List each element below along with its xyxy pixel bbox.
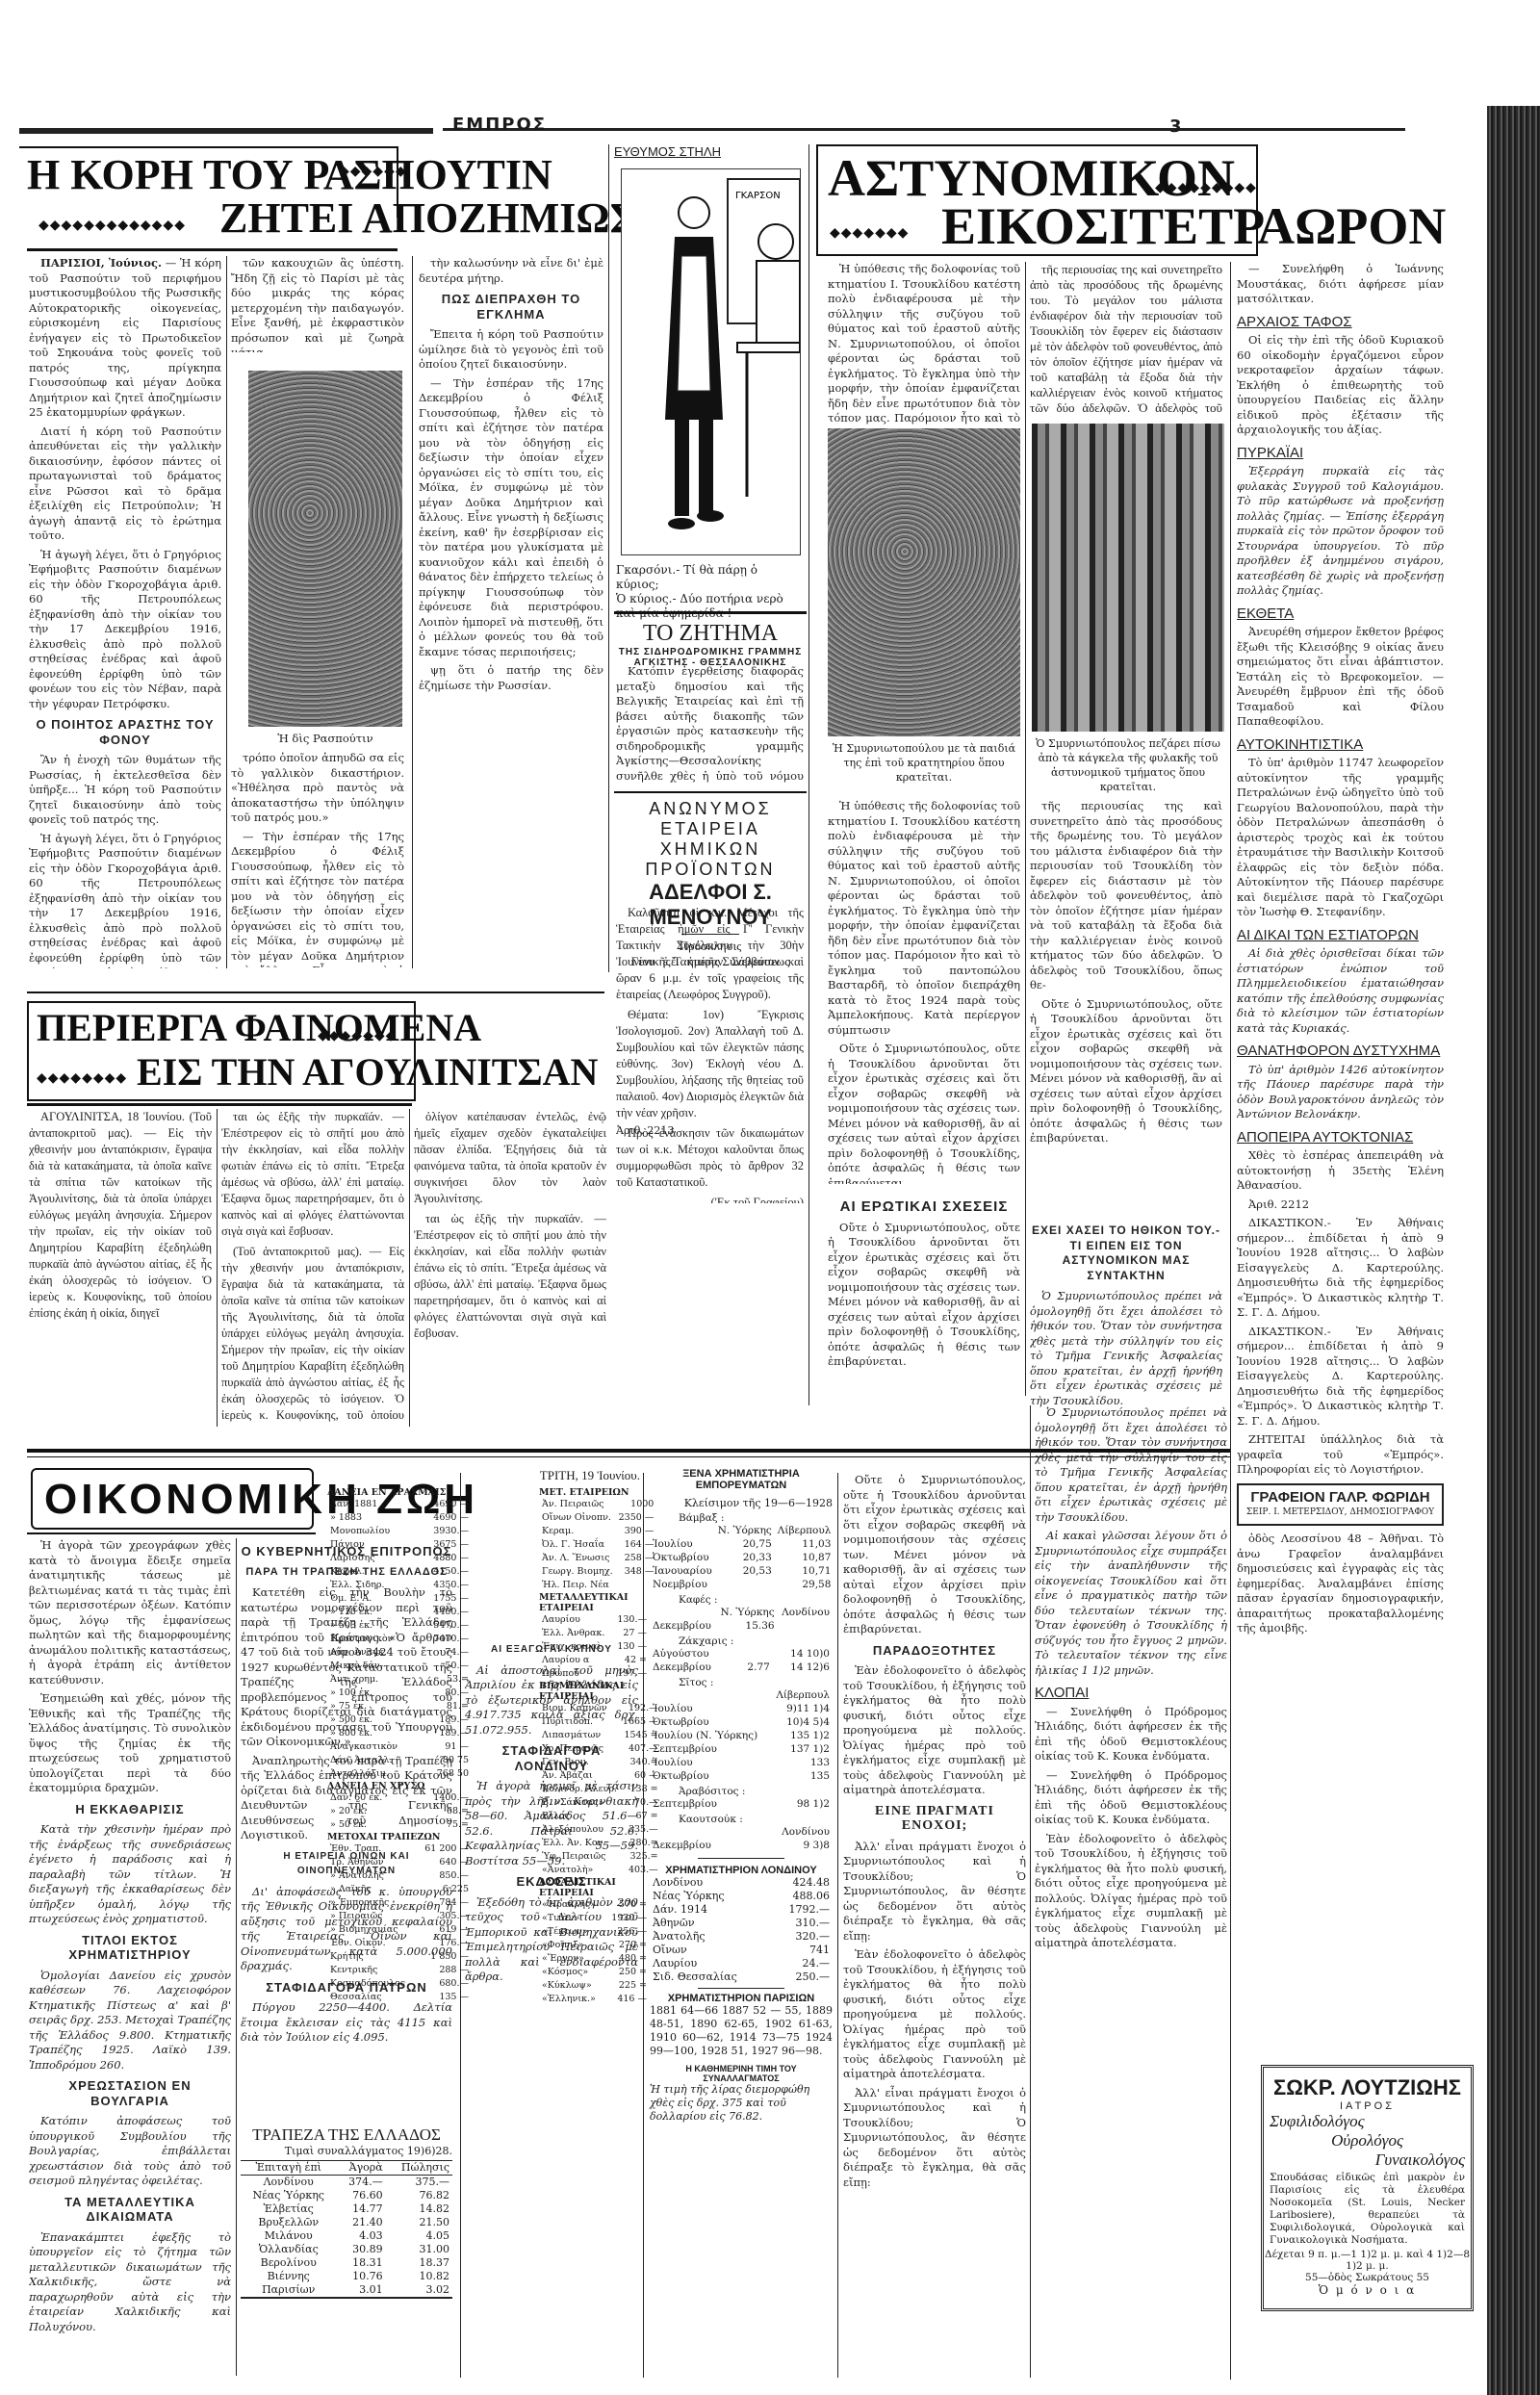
table-row: » Ἐμπορικῆς784 — — [327, 1896, 472, 1910]
table-title: ΜΕΤΑΛΛΕΥΤΙΚΑΙ ΕΤΑΙΡΕΙΑΙ — [539, 1592, 654, 1613]
subheading: ΠΩΣ ΔΙΕΠΡΑΧΘΗ ΤΟ ΕΓΚΛΗΜΑ — [419, 292, 603, 322]
rasputin-headline-2: ΖΗΤΕΙ ΑΠΟΖΗΜΙΩΣΙΝ — [219, 197, 684, 240]
commodity-table: Σεπτεμβρίου98 1)2 — [650, 1797, 833, 1811]
table-subtitle: Τιμαὶ συναλλάγματος 19)6)28. — [241, 2145, 452, 2157]
bourse-shares-block: ΜΕΤ. ΕΤΑΙΡΕΙΩΝ Ἀν. Πειραιῶς1000Οἴνων Οἰν… — [539, 1487, 654, 2006]
briefs-column: — Συνελήφθη ὁ Ἰωάννης Μουστάκας, διότι ἀ… — [1237, 262, 1444, 2380]
paragraph: — Τὴν ἑσπέραν τῆς 17ης Δεκεμβρίου ὁ Φέλι… — [419, 376, 603, 660]
commodity-table: Αὐγούστου14 10)0Δεκεμβρίου2.7714 12)6 — [650, 1647, 833, 1674]
reference-number: Ἀριθ. 2212 — [1237, 1197, 1444, 1213]
table-title: ΞΕΝΑ ΧΡΗΜΑΤΙΣΤΗΡΙΑ ΕΜΠΟΡΕΥΜΑΤΩΝ — [650, 1468, 833, 1491]
table-row: Σεπτεμβρίου98 1)2 — [650, 1797, 833, 1811]
bourse-date: ΤΡΙΤΗ, 19 Ἰουνίου. — [467, 1468, 640, 1483]
table-row: Δεκεμβρίου2.7714 12)6 — [650, 1661, 833, 1674]
table-row: Μικρὸ δάν.50.— — [327, 1660, 472, 1673]
table-row: Κρήτης1 850 — — [327, 1950, 472, 1964]
masthead-rule-left — [19, 128, 433, 134]
table-header: Ἐπιταγὴ ἐπὶἈγορὰΠώλησις — [241, 2161, 452, 2176]
exchange-rate-table: Ἐπιταγὴ ἐπὶἈγορὰΠώλησιςΛονδίνου374.—375.… — [241, 2160, 452, 2299]
paragraph: Ἐπανακάμπτει ἐφεξῆς τὸ ὑπουργεῖον εἰς τὸ… — [29, 2230, 231, 2335]
paragraph: Ἡ ἀγωγὴ λέγει, ὅτι ὁ Γρηγόριος Ἐφήμοβιτς… — [29, 548, 221, 712]
masthead: ΕΜΠΡΟΣ 3 — [0, 120, 1415, 134]
paragraph: ται ὡς ἑξῆς τὴν πυρκαϊάν. — Ἐπέστρεφον ε… — [414, 1211, 606, 1342]
subheading: ΕΧΕΙ ΧΑΣΕΙ ΤΟ ΗΘΙΚΟΝ ΤΟΥ.-ΤΙ ΕΙΠΕΝ ΕΙΣ Τ… — [1030, 1223, 1222, 1283]
doctor-description: Σπουδάσας εἰδικῶς ἐπὶ μακρὸν ἐν Παρισίοι… — [1264, 2170, 1471, 2249]
section-title: ΠΥΡΚΑΪΑΙ — [1237, 446, 1444, 461]
paragraph: Ἡ ὑπόθεσις τῆς δολοφονίας τοῦ κτηματίου … — [828, 262, 1020, 425]
table-row: Ὠρωποῦ197.— — [539, 1667, 650, 1681]
foreign-loans-table: Δάν. 60 ἐκ.1400.—» 20 ἐκ.68.=» 50 ἐκ.75.… — [327, 1791, 472, 1832]
table-row: Ἀθηνῶν310.— — [650, 1917, 833, 1930]
paragraph: Ἀνευρέθη σήμερον ἔκθετον βρέφος ἔξωθι τῆ… — [1237, 625, 1444, 730]
loans-table: Δάν. 18814690 —» 18834690 —Μονοπωλίου393… — [327, 1498, 472, 1781]
paragraph: τῆς περιουσίας της καὶ συνετηρεῖτο ἀπὸ τ… — [1030, 799, 1222, 993]
table-row: Ἑλβετίας14.7714.82 — [241, 2202, 452, 2216]
paragraph: Οὔτε ὁ Σμυρνιωτόπουλος, οὔτε ἡ Τσουκλίδο… — [828, 1042, 1020, 1184]
table-row: Ὀκτωβρίου10)4 5)4 — [650, 1715, 833, 1729]
paragraph: τῶν κακουχιῶν ἃς ὑπέστη. Ἤδη ζῇ εἰς τὸ Π… — [231, 256, 404, 352]
economy-column-1: Ἡ ἀγορὰ τῶν χρεογράφων χθὲς κατὰ τὸ ἄνοι… — [29, 1538, 231, 2376]
aghoulinitsa-headline-1: ΠΕΡΙΕΡΓΑ ΦΑΙΝΟΜΕΝΑ — [37, 1009, 481, 1047]
paragraph: Τὸ ὑπ' ἀριθμὸν 1426 αὐτοκίνητον τῆς Πάου… — [1237, 1063, 1444, 1122]
office-name: ΓΡΑΦΕΙΟΝ ΓΑΛΡ. ΦΩΡΙΔΗ — [1243, 1489, 1438, 1506]
table-row: Λαρίσσης4880 — — [327, 1552, 472, 1565]
table-row: Τρ. Ἀθηνῶν640 — — [327, 1856, 472, 1869]
table-row: Ἐθν. Τραπ.61 200 — — [327, 1842, 472, 1856]
paragraph: τῆς περιουσίας της καὶ συνετηρεῖτο ἀπὸ τ… — [1030, 262, 1222, 416]
aghoulinitsa-headline-2: ΕΙΣ ΤΗΝ ΑΓΟΥΛΙΝΙΤΣΑΝ — [137, 1053, 598, 1092]
article-subtitle: ΤΗΣ ΣΙΔΗΡΟΔΡΟΜΙΚΗΣ ΓΡΑΜΜΗΣ — [614, 647, 807, 657]
table-row: » 50 ἐκ.75.= — [327, 1818, 472, 1832]
table-row: Μονοπωλίου3930.— — [327, 1525, 472, 1538]
table-title: ΜΕΤΟΧΑΙ ΤΡΑΠΕΖΩΝ — [327, 1832, 472, 1842]
commodity-table: ΛονδίνουΔεκεμβρίου9 3)8 — [650, 1825, 833, 1852]
table-row: Λαυρίου24.— — [650, 1957, 833, 1970]
article-title: ΤΟ ΖΗΤΗΜΑ — [614, 621, 807, 647]
commodity-table: Ν. ὙόρκηςΛίβερπουλἸουλίου20,7511,03Ὀκτωβ… — [650, 1524, 834, 1591]
table-row: Δεκεμβρίου9 3)8 — [650, 1839, 833, 1852]
ornament: ◆◆◆◆◆◆◆ — [830, 225, 909, 241]
office-subtitle: ΣΕΙΡ. Ι. ΜΕΤΕΡΣΙΔΟΥ, ΔΗΜΟΣΙΟΓΡΑΦΟΥ — [1243, 1506, 1438, 1521]
divider — [27, 1532, 316, 1534]
table-row: » 75 ἐκ.81.= — [327, 1700, 472, 1713]
table-row: Ἑλλ. Ἀνθρακ.27 — — [539, 1627, 650, 1640]
paragraph: — Τὴν ἑσπέραν τῆς 17ης Δεκεμβρίου ὁ Φέλι… — [231, 830, 404, 968]
table-row: Ὁλλανδίας30.8931.00 — [241, 2243, 452, 2256]
table-row: «Ἡρακλῆς»570 = — [539, 1898, 650, 1912]
paragraph: Ἡ τιμὴ τῆς λίρας διεμορφώθη χθὲς εἰς δρχ… — [650, 2083, 833, 2124]
section-title: ΑΙ ΔΙΚΑΙ ΤΩΝ ΕΣΤΙΑΤΟΡΩΝ — [1237, 928, 1444, 943]
table-row: » 18834690 — — [327, 1511, 472, 1525]
table-title: Η ΚΑΘΗΜΕΡΙΝΗ ΤΙΜΗ ΤΟΥ ΣΥΝΑΛΛΑΓΜΑΤΟΣ — [650, 2064, 833, 2083]
subheading: ΕΙΝΕ ΠΡΑΓΜΑΤΙ ΕΝΟΧΟΙ; — [843, 1804, 1026, 1834]
paragraph: Ἔπειτα ἡ κόρη τοῦ Ρασπούτιν ὡμίλησε διὰ … — [419, 327, 603, 373]
signature: ('Εκ τοῦ Γραφείου) — [616, 1195, 804, 1203]
location: Ὁ μ ό ν ο ι α — [1264, 2283, 1471, 2297]
column-rule — [643, 1473, 644, 2378]
paragraph: Θέματα: 1ον) Ἔγκρισις Ἰσολογισμοῦ. 2ον) … — [616, 1007, 804, 1121]
table-row: Ἀν. Λ. Ἕνωσις258 — — [539, 1552, 656, 1565]
commodity-table: Ν. ὙόρκηςΛονδίνουΔεκεμβρίου15.36 — [650, 1606, 833, 1633]
paragraph: Διατί ἡ κόρη τοῦ Ρασπούτιν ἀπευθύνεται ε… — [29, 425, 221, 544]
subheading: Ο ΠΟΙΗΤΟΣ ΑΡΑΣΤΗΣ ΤΟΥ ΦΟΝΟΥ — [29, 717, 221, 747]
aghoulinitsa-headline-box: ΠΕΡΙΕΡΓΑ ΦΑΙΝΟΜΕΝΑ ◆◆◆◆◆◆◆ ◆◆◆◆◆◆◆◆ ΕΙΣ … — [27, 1001, 416, 1101]
cartoon-drawing: ΓΚΑΡΣΟΝ — [621, 168, 801, 555]
table-row: Βρυξελλῶν21.4021.50 — [241, 2216, 452, 2229]
table-row: Καφαλ.4150.— — [327, 1565, 472, 1579]
paragraph: Ἡ ἀγωγὴ λέγει, ὅτι ὁ Γρηγόριος Ἐφήμοβιτς… — [29, 832, 221, 969]
ornament: ◆◆◆◆◆◆ — [339, 164, 407, 179]
police-bottom-column-1: Οὔτε ὁ Σμυρνιωτόπουλος, οὔτε ἡ Τσουκλίδο… — [843, 1473, 1026, 2378]
rasputin-headline-1: Η ΚΟΡΗ ΤΟΥ ΡΑΣΠΟΥΤΙΝ — [27, 154, 552, 196]
table-row: Νέας Ὑόρκης488.06 — [650, 1890, 833, 1903]
table-row: Νοεμβρίου29,58 — [650, 1578, 834, 1591]
banks-table: Ἐθν. Τραπ.61 200 —Τρ. Ἀθηνῶν640 —» Ἀνατο… — [327, 1842, 472, 2004]
table-row: » 500 ἐκ.189.— — [327, 1713, 472, 1727]
table-row: «Τιτὰν»1930 — — [539, 1912, 650, 1925]
police-column-2-cont: τῆς περιουσίας της καὶ συνετηρεῖτο ἀπὸ τ… — [1030, 799, 1222, 1203]
subheading: ΧΡΕΩΣΤΑΣΙΟΝ ΕΝ ΒΟΥΛΓΑΡΙΑ — [29, 2078, 231, 2108]
column-rule — [1030, 1405, 1031, 2378]
police-headline-1: ΑΣΤΥΝΟΜΙΚΟΝ — [828, 152, 1235, 204]
paragraph: — Συνελήφθη ὁ Πρόδρομος Ἠλιάδης, διότι ἀ… — [1035, 1705, 1227, 1764]
london-exchange-table: Λονδίνου424.48Νέας Ὑόρκης488.06Δάν. 1914… — [650, 1876, 833, 1984]
table-row: Ἀνταλλάξιμ.768 50 — [327, 1767, 472, 1781]
company-notice-body: Καλοῦνται οἱ κ.κ. Μέτοχοι τῆς Ἑταιρείας … — [616, 905, 804, 1203]
divider — [27, 991, 604, 993]
table-row: «Ἑλληνικ.»416 — — [539, 1993, 650, 2006]
section-title: ΑΠΟΠΕΙΡΑ ΑΥΤΟΚΤΟΝΙΑΣ — [1237, 1130, 1444, 1146]
paragraph: ὁδὸς Λεοσσίνου 48 – Ἀθῆναι. Τὸ ἀνω Γραφε… — [1237, 1532, 1444, 1636]
table-row: Ὁμ. Ε. Ἀ.1755 — — [327, 1592, 472, 1606]
table-row: Βερολίνου18.3118.37 — [241, 2256, 452, 2270]
paragraph: Αἱ κακαὶ γλῶσσαι λέγουν ὅτι ὁ Σμυρνιωτόπ… — [1035, 1529, 1227, 1678]
caption-line: Γκαρσόνι.- Τί θὰ πάρῃ ὁ κύριος; — [616, 563, 799, 592]
paragraph: Ἡ ἀγορὰ τῶν χρεογράφων χθὲς κατὰ τὸ ἄνοι… — [29, 1538, 231, 1687]
paragraph: Ὁ Σμυρνιωτόπουλος πρέπει νὰ ὁμολογηθῇ ὅτ… — [1030, 1289, 1222, 1408]
table-row: Ἀνατολῆς320.— — [650, 1930, 833, 1944]
table-row: Λονδίνου424.48 — [650, 1876, 833, 1890]
table-row: Κοσμαδόπουλος680.— — [327, 1977, 472, 1991]
table-row: Γεωργ. Βιομηχ.348.— — [539, 1565, 656, 1579]
waiter-cartoon-icon: ΓΚΑΡΣΟΝ — [622, 169, 800, 554]
table-row: Σιδ. Θεσσαλίας250.— — [650, 1970, 833, 1984]
sign-text: ΓΚΑΡΣΟΝ — [735, 191, 781, 201]
table-row: Βιέννης10.7610.82 — [241, 2270, 452, 2283]
paragraph: Ἐξερράγη πυρκαϊὰ εἰς τὰς φυλακὰς Συγγροῦ… — [1237, 464, 1444, 599]
table-row: Σεπτεμβρίου137 1)2 — [650, 1742, 833, 1756]
railway-body: Κατόπιν ἐγερθείσης διαφορᾶς μεταξὺ δημοσ… — [616, 664, 804, 785]
photo-caption: Ὁ Σμυρνιωτόπουλος πεζάρει πίσω ἀπὸ τὰ κά… — [1032, 736, 1224, 794]
insurance-table: «Ἡρακλῆς»570 =«Τιτὰν»1930 —«Τέκτων»256.—… — [539, 1898, 650, 2006]
paragraph: Ἐσημειώθη καὶ χθές, μόνον τῆς Ἐθνικῆς κα… — [29, 1691, 231, 1796]
photo-caption: Ἡ δὶς Ρασπούτιν — [248, 732, 402, 746]
column-rule — [1025, 799, 1026, 1396]
paragraph: Αἱ διὰ χθὲς ὁρισθεῖσαι δίκαι τῶν ἑστιατό… — [1237, 946, 1444, 1036]
paragraph: Οὔτε ὁ Σμυρνιωτόπουλος, οὔτε ἡ Τσουκλίδο… — [828, 1221, 1020, 1370]
aghoulinitsa-column-1: ΑΓΟΥΛΙΝΙΤΣΑ, 18 Ἰουνίου. (Τοῦ ἀνταποκριτ… — [29, 1109, 212, 1427]
table-row: Θεσσαλίας135 — — [327, 1991, 472, 2004]
paragraph: Ἐὰν ἐδολοφονεῖτο ὁ ἀδελφὸς τοῦ Τσουκλίδο… — [843, 1947, 1026, 2082]
table-row: Παρισίων3.013.02 — [241, 2283, 452, 2298]
section-title: ΚΛΟΠΑΙ — [1035, 1686, 1227, 1701]
table-row: Ἰουλίου9)11 1)4 — [650, 1702, 833, 1715]
paragraph: Ἀλλ' εἶναι πράγματι ἔνοχοι ὁ Σμυρνιωτόπο… — [843, 1840, 1026, 1944]
table-row: Λαυρίου130.— — [539, 1613, 650, 1627]
subheading: ΠΑΡΑΔΟΞΟΤΗΤΕΣ — [843, 1643, 1026, 1659]
paris-exchange-quotes: 1881 64—66 1887 52 — 55, 1889 48-51, 189… — [650, 2004, 833, 2058]
railway-article: ΤΟ ΖΗΤΗΜΑ ΤΗΣ ΣΙΔΗΡΟΔΡΟΜΙΚΗΣ ΓΡΑΜΜΗΣ ΑΓΚ… — [614, 621, 807, 668]
table-row: Δάν. Ἀνταλλ.80 75 — [327, 1754, 472, 1767]
paragraph: τὴν καλωσύνην νὰ εἶνε δι' ἐμὲ δευτέρα μή… — [419, 256, 603, 286]
table-row: «Ἔργον»480 = — [539, 1952, 650, 1966]
reference-number: Ἀριθ. 2213 — [616, 1124, 674, 1137]
table-row: Δάν. 18814690 — — [327, 1498, 472, 1511]
table-row: Ἰουλίου20,7511,03 — [650, 1537, 834, 1551]
table-row: Λαυρίου α42 = — [539, 1654, 650, 1667]
company-name: ΧΗΜΙΚΩΝ ΠΡΟΪΟΝΤΩΝ — [614, 839, 807, 880]
column-rule — [412, 256, 413, 968]
company-name: ΑΝΩΝΥΜΟΣ ΕΤΑΙΡΕΙΑ — [614, 799, 807, 839]
subheading: ΑΙ ΕΡΩΤΙΚΑΙ ΣΧΕΣΕΙΣ — [828, 1199, 1020, 1215]
column-rule — [1230, 262, 1231, 2380]
table-row: Κεντρικῆς288 — — [327, 1964, 472, 1977]
table-row: Λονδίνου374.—375.— — [241, 2176, 452, 2190]
ornament: ◆◆◆◆◆◆◆◆ — [37, 1070, 127, 1086]
dateline: ΠΑΡΙΣΙΟΙ, Ἰούνιος. — [40, 256, 162, 270]
table-row: Ἑλλ. Σιδηρ.4350.— — [327, 1579, 472, 1592]
love-relations-section: ΑΙ ΕΡΩΤΙΚΑΙ ΣΧΕΣΕΙΣ Οὔτε ὁ Σμυρνιωτόπουλ… — [828, 1194, 1020, 1410]
paragraph: Χθὲς τὸ ἑσπέρας ἀπεπειράθη νὰ αὐτοκτονήσ… — [1237, 1148, 1444, 1194]
ornament: ◆◆◆◆◆◆◆◆◆ — [1155, 180, 1257, 195]
table-row: «Κύκλωψ»225 = — [539, 1979, 650, 1993]
paragraph: Ἡ ὑπόθεσις τῆς δολοφονίας τοῦ κτηματίου … — [828, 799, 1020, 1038]
section-title: ΕΚΘΕΤΑ — [1237, 606, 1444, 622]
paragraph: ψῃ ὅτι ὁ πατήρ της δὲν ἐζημίωσε τὴν Ρωσσ… — [419, 663, 603, 693]
paragraph: ὀλίγον κατέπαυσαν ἐντελῶς, ἐνῷ ἡμεῖς εἴχ… — [414, 1109, 606, 1207]
paragraph: ται ὡς ἑξῆς τὴν πυρκαϊάν. — Ἐπέστρεφον ε… — [221, 1109, 404, 1240]
section-title: ΑΥΤΟΚΙΝΗΤΙΣΤΙΚΑ — [1237, 737, 1444, 753]
table-row: Δάν. 19141792.— — [650, 1903, 833, 1917]
column-rule — [808, 144, 809, 1405]
doctor-title: ΙΑΤΡΟΣ — [1264, 2100, 1471, 2112]
table-row: Ἰουλίου (Ν. Ὑόρκης)135 1)2 — [650, 1729, 833, 1742]
paragraph: ΔΙΚΑΣΤΙΚΟΝ.- Ἐν Ἀθήναις σήμερον... ἐπιδί… — [1237, 1216, 1444, 1321]
paragraph: — Ἡ κόρη τοῦ Ρασπούτιν τοῦ περιφήμου μυσ… — [29, 256, 221, 419]
paragraph: Κατόπιν ἐγερθείσης διαφορᾶς μεταξὺ δημοσ… — [616, 664, 804, 785]
table-title: ΧΡΗΜΑΤΙΣΤΗΡΙΟΝ ΠΑΡΙΣΙΩΝ — [650, 1993, 833, 2004]
commodity-name: Καφές : — [650, 1594, 833, 1606]
doctor-ad: ΣΩΚΡ. ΛΟΥΤΖΙΩΗΣ ΙΑΤΡΟΣ Συφιλιδολόγος Οὐρ… — [1261, 2065, 1474, 2311]
table-title: ΑΣΦΑΛΙΣΤΙΚΑΙ ΕΤΑΙΡΕΙΑΙ — [539, 1877, 654, 1898]
table-title: ΔΑΝΕΙΑ ΕΝ ΔΡΑΧΜΑΙΣ — [327, 1487, 472, 1498]
paragraph: — Συνελήφθη ὁ Πρόδρομος Ἠλιάδης, διότι ἀ… — [1035, 1768, 1227, 1828]
foreign-markets: ΞΕΝΑ ΧΡΗΜΑΤΙΣΤΗΡΙΑ ΕΜΠΟΡΕΥΜΑΤΩΝ Κλείσιμο… — [650, 1468, 833, 2124]
table-row: » Πειραιῶς305.— — [327, 1910, 472, 1923]
commodity-name: Ἀραβόσιτος : — [650, 1786, 833, 1797]
paragraph: Κατόπιν ἀποφάσεως τοῦ ὑπουργικοῦ Συμβουλ… — [29, 2114, 231, 2189]
subheading: ΤΑ ΜΕΤΑΛΛΕΥΤΙΚΑ ΔΙΚΑΙΩΜΑΤΑ — [29, 2195, 231, 2225]
divider — [27, 248, 398, 251]
divider — [614, 611, 807, 614]
table-row: Πάγιον3675 — — [327, 1538, 472, 1552]
column-rule — [1025, 262, 1026, 801]
scan-edge — [1487, 106, 1540, 2395]
table-row: Ἰουλίου133 — [650, 1756, 833, 1769]
mining-table: Λαυρίου130.—Ἑλλ. Ἀνθρακ.27 —Ἐπιχ. κοιναὶ… — [539, 1613, 650, 1681]
address: 55—ὁδὸς Σωκράτους 55 — [1264, 2272, 1471, 2283]
dateline: ΑΓΟΥΛΙΝΙΤΣΑ, 18 Ἰουνίου. — [40, 1110, 185, 1123]
table-row: Δάν. Ἀναγκ.74.— — [327, 1646, 472, 1660]
commodity-name: Ζάκχαρις : — [650, 1635, 833, 1647]
table-row: Ἰανουαρίου20,5310,71 — [650, 1564, 834, 1578]
subheading: ΤΙΤΛΟΙ ΕΚΤΟΣ ΧΡΗΜΑΤΙΣΤΗΡΙΟΥ — [29, 1933, 231, 1963]
police-bottom-column-2: Ὁ Σμυρνιωτόπουλος πρέπει νὰ ὁμολογηθῇ ὅτ… — [1035, 1405, 1227, 2378]
rasputin-column-1: ΠΑΡΙΣΙΟΙ, Ἰούνιος. — Ἡ κόρη τοῦ Ρασπούτι… — [29, 256, 221, 968]
subheading: Η ΕΚΚΑΘΑΡΙΣΙΣ — [29, 1802, 231, 1817]
column-rule — [226, 256, 227, 968]
specialty: Συφιλιδολόγος — [1264, 2112, 1471, 2131]
paragraph: Οὔτε ὁ Σμυρνιωτόπουλος, οὔτε ἡ Τσουκλίδο… — [843, 1473, 1026, 1637]
police-column-1: Ἡ ὑπόθεσις τῆς δολοφονίας τοῦ κτηματίου … — [828, 262, 1020, 425]
column-rule — [217, 1109, 218, 1427]
column-rule — [837, 1473, 838, 2378]
paragraph: Οἱ εἰς τὴν ἐπὶ τῆς ὁδοῦ Κυριακοῦ 60 οἰκο… — [1237, 333, 1444, 438]
paragraph: (Τοῦ ἀνταποκριτοῦ μας). — Εἰς τὴν χθεσιν… — [221, 1244, 404, 1427]
newspaper-name: ΕΜΠΡΟΣ — [452, 115, 547, 135]
bourse-loans-block: ΔΑΝΕΙΑ ΕΝ ΔΡΑΧΜΑΙΣ Δάν. 18814690 —» 1883… — [327, 1487, 472, 2004]
commodity-table: ΛίβερπουλἸουλίου9)11 1)4Ὀκτωβρίου10)4 5)… — [650, 1688, 833, 1783]
paragraph: Καλοῦνται οἱ κ.κ. Μέτοχοι τῆς Ἑταιρείας … — [616, 905, 804, 1003]
office-ad: ΓΡΑΦΕΙΟΝ ΓΑΛΡ. ΦΩΡΙΔΗ ΣΕΙΡ. Ι. ΜΕΤΕΡΣΙΔΟ… — [1237, 1483, 1444, 1527]
transport-table: Ἀν. Πειραιῶς1000Οἴνων Οἰνοπν.2350 —Κεραμ… — [539, 1498, 656, 1592]
table-row: Μιλάνου4.034.05 — [241, 2229, 452, 2243]
table-row: «Τέκτων»256.— — [539, 1925, 650, 1939]
table-row: Οἴνων Οἰνοπν.2350 — — [539, 1511, 656, 1525]
job-ad: ΖΗΤΕΙΤΑΙ ὑπάλληλος διὰ τὰ γραφεῖα τοῦ «Ἐ… — [1237, 1432, 1444, 1478]
column-rule — [608, 144, 609, 972]
table-row: Ἐπιχ. κοιναὶ130 — — [539, 1640, 650, 1654]
suspect-wife-photo — [828, 428, 1020, 736]
table-title: ΤΡΑΠΕΖΑ ΤΗΣ ΕΛΛΑΔΟΣ — [241, 2125, 452, 2145]
paragraph: Τὸ ὑπ' ἀριθμὸν 11747 λεωφορεῖον αὐτοκίνη… — [1237, 756, 1444, 920]
table-row: Ἠλ. Πειρ. Νέα — [539, 1579, 656, 1592]
table-row: » 503 ἐκ.5470.— — [327, 1619, 472, 1633]
table-row: Ἐθν. Οἰκον.176.— — [327, 1937, 472, 1950]
table-row: Προσφυγικὸν7470.— — [327, 1633, 472, 1646]
table-row: Ὀκτωβρίου20,3310,87 — [650, 1551, 834, 1564]
table-row: » Λαϊκῆς6 225 — [327, 1883, 472, 1896]
paragraph: Πύργου 2250—4400. Δελτία ἕτοιμα ἔκλεισαν… — [241, 2000, 452, 2046]
table-row: » 800 ἐκ.189.— — [327, 1727, 472, 1740]
caption-line: Ὁ κύριος.- Δύο ποτήρια νερὸ καὶ μία ἐφημ… — [616, 592, 799, 621]
lost-morale-section: ΕΧΕΙ ΧΑΣΕΙ ΤΟ ΗΘΙΚΟΝ ΤΟΥ.-ΤΙ ΕΙΠΕΝ ΕΙΣ Τ… — [1030, 1218, 1222, 1410]
paragraph: Κατὰ τὴν χθεσινὴν ἡμέραν πρὸ τῆς ἐνάρξεω… — [29, 1822, 231, 1927]
suspect-prison-photo — [1032, 424, 1224, 732]
table-row: Οἴνων741 — [650, 1944, 833, 1957]
table-row: » Ἀνατολῆς850.— — [327, 1869, 472, 1883]
commodity-name: Σῖτος : — [650, 1677, 833, 1688]
paragraph: τρόπο ὁποῖον ἀπηυδῶ σα εἰς τὸ γαλλικὸν δ… — [231, 751, 404, 826]
ornament: ◆◆◆◆◆◆◆◆◆◆◆◆◆ — [38, 218, 186, 233]
paragraph: (Τοῦ ἀνταποκριτοῦ μας). — Εἰς τὴν χθεσιν… — [29, 1110, 212, 1320]
specialty: Οὐρολόγος — [1264, 2131, 1471, 2150]
section-title: ΘΑΝΑΤΗΦΟΡΟΝ ΔΥΣΤΥΧΗΜΑ — [1237, 1043, 1444, 1059]
table-row: » 20 ἐκ.68.= — [327, 1805, 472, 1818]
office-hours: Δέχεται 9 π. μ.—1 1)2 μ. μ. καὶ 4 1)2—8 … — [1264, 2249, 1471, 2272]
police-column-1-cont: Ἡ ὑπόθεσις τῆς δολοφονίας τοῦ κτηματίου … — [828, 799, 1020, 1184]
table-row: Δεκεμβρίου15.36 — [650, 1619, 833, 1633]
column-rule — [236, 1538, 237, 2376]
photo-caption: Ἡ Σμυρνιωτοπούλου με τὰ παιδιά της ἐπὶ τ… — [828, 741, 1020, 785]
page-number: 3 — [1169, 116, 1182, 137]
rasputin-column-3: τὴν καλωσύνην νὰ εἶνε δι' ἐμὲ δευτέρα μή… — [419, 256, 603, 968]
table-row: » Βιομηχανίας619 — — [327, 1923, 472, 1937]
bank-of-greece-rates: ΤΡΑΠΕΖΑ ΤΗΣ ΕΛΛΑΔΟΣ Τιμαὶ συναλλάγματος … — [241, 2125, 452, 2299]
table-row: » 100 ἐκ.80.— — [327, 1687, 472, 1700]
paragraph: Ἂν ἡ ἐνοχὴ τῶν θυμάτων τῆς Ρωσσίας, ἡ ἐκ… — [29, 753, 221, 828]
table-row: Ὀκτωβρίου135 — [650, 1769, 833, 1783]
table-row: Ἀναγκαστικὸν91 — — [327, 1740, 472, 1754]
table-title: ΜΕΤ. ΕΤΑΙΡΕΙΩΝ — [539, 1487, 654, 1498]
police-headline-2: ΕΙΚΟΣΙΤΕΤΡΑΩΡΟΝ — [941, 200, 1446, 252]
divider — [27, 1103, 412, 1106]
economy-headline-box: ΟΙΚΟΝΟΜΙΚΗ ΖΩΗ — [31, 1468, 314, 1530]
commodity-name: Βάμβαξ : — [650, 1512, 833, 1524]
rasputin-column-2-bottom: τρόπο ὁποῖον ἀπηυδῶ σα εἰς τὸ γαλλικὸν δ… — [231, 751, 404, 967]
table-row: Κεραμ.390 — — [539, 1525, 656, 1538]
paragraph: ΔΙΚΑΣΤΙΚΟΝ.- Ἐν Ἀθήναις σήμερον... ἐπιδί… — [1237, 1325, 1444, 1429]
humor-column-title: ΕΥΘΥΜΟΣ ΣΤΗΛΗ — [614, 144, 721, 159]
column-rule — [409, 1109, 410, 1427]
table-row: Αὐγούστου14 10)0 — [650, 1647, 833, 1661]
commodity-name: Καουτσούκ : — [650, 1814, 833, 1825]
table-row: Ἀντ. χρημ.53.= — [327, 1673, 472, 1687]
doctor-name: ΣΩΚΡ. ΛΟΥΤΖΙΩΗΣ — [1264, 2075, 1471, 2100]
police-headline-box: ΑΣΤΥΝΟΜΙΚΟΝ ◆◆◆◆◆◆◆◆◆ ◆◆◆◆◆◆◆ ΕΙΚΟΣΙΤΕΤΡ… — [816, 144, 1258, 256]
table-title: ΒΙΟΜΗΧΑΝΙΚΑΙ ΕΤΑΙΡΕΙΑΙ — [539, 1681, 654, 1702]
rasputin-column-2-top: τῶν κακουχιῶν ἃς ὑπέστη. Ἤδη ζῇ εἰς τὸ Π… — [231, 256, 404, 352]
paragraph: Ὁ Σμυρνιωτόπουλος πρέπει νὰ ὁμολογηθῇ ὅτ… — [1035, 1405, 1227, 1525]
paragraph: Ἀλλ' εἶναι πράγματι ἔνοχοι ὁ Σμυρνιωτόπο… — [843, 2086, 1026, 2191]
paragraph: Ἐὰν ἐδολοφονεῖτο ὁ ἀδελφὸς τοῦ Τσουκλίδο… — [1035, 1832, 1227, 1951]
police-column-2: τῆς περιουσίας της καὶ συνετηρεῖτο ἀπὸ τ… — [1030, 262, 1222, 416]
table-title: ΔΑΝΕΙΑ ΕΝ ΧΡΥΣΩ — [327, 1781, 472, 1791]
rasputin-daughter-photo — [248, 371, 402, 727]
table-row: » 110 ἐκ.4400.— — [327, 1606, 472, 1619]
section-title: ΑΡΧΑΙΟΣ ΤΑΦΟΣ — [1237, 315, 1444, 330]
specialty: Γυναικολόγος — [1264, 2150, 1471, 2170]
paragraph: — Συνελήφθη ὁ Ἰωάννης Μουστάκας, διότι ἀ… — [1237, 262, 1444, 307]
table-row: «Φοῖνιξ»270.= — [539, 1939, 650, 1952]
table-title: ΧΡΗΜΑΤΙΣΤΗΡΙΟΝ ΛΟΝΔΙΝΟΥ — [650, 1865, 833, 1876]
commodity-list: Βάμβαξ :Ν. ὙόρκηςΛίβερπουλἸουλίου20,7511… — [650, 1512, 833, 1852]
table-row: «Κόσμος»250 = — [539, 1966, 650, 1979]
ornament: ◆◆◆◆◆◆◆ — [318, 1028, 397, 1043]
table-row: Ἀν. Πειραιῶς1000 — [539, 1498, 656, 1511]
masthead-rule-right — [443, 128, 1405, 131]
paragraph: Ὁμολογίαι Δανείου εἰς χρυσὸν καθέσεων 76… — [29, 1969, 231, 2073]
table-row: Ὀλ. Γ. Ἠσαΐα164 — — [539, 1538, 656, 1552]
aghoulinitsa-column-3: ὀλίγον κατέπαυσαν ἐντελῶς, ἐνῷ ἡμεῖς εἴχ… — [414, 1109, 606, 1427]
closing-date: Κλείσιμον τῆς 19—6—1928 — [650, 1497, 833, 1509]
aghoulinitsa-column-2: ται ὡς ἑξῆς τὴν πυρκαϊάν. — Ἐπέστρεφον ε… — [221, 1109, 404, 1427]
divider — [614, 791, 807, 793]
paragraph: Ἐὰν ἐδολοφονεῖτο ὁ ἀδελφὸς τοῦ Τσουκλίδο… — [843, 1663, 1026, 1798]
paragraph: Οὔτε ὁ Σμυρνιωτόπουλος, οὔτε ἡ Τσουκλίδο… — [1030, 997, 1222, 1146]
table-row: Νέας Ὑόρκης76.6076.82 — [241, 2189, 452, 2202]
table-row: Δάν. 60 ἐκ.1400.— — [327, 1791, 472, 1805]
